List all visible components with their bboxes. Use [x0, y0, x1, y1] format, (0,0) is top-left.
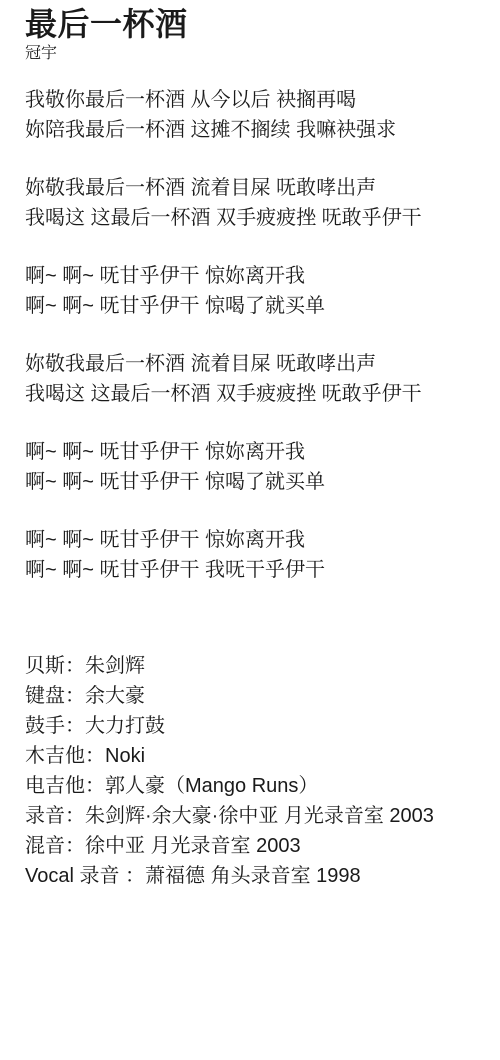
credits-section: 贝斯：朱剑辉 键盘：余大豪 鼓手：大力打鼓 木吉他：Noki 电吉他：郭人豪（M… — [25, 651, 480, 891]
lyric-line: 妳敬我最后一杯酒 流着目屎 呒敢哮出声 — [25, 173, 480, 203]
credit-line-acoustic-guitar: 木吉他：Noki — [25, 741, 480, 771]
lyric-line: 妳陪我最后一杯酒 这摊不搁续 我嘛袂强求 — [25, 115, 480, 145]
lyric-line: 啊~ 啊~ 呒甘乎伊干 我呒干乎伊干 — [25, 555, 480, 585]
stanza: 啊~ 啊~ 呒甘乎伊干 惊妳离开我 啊~ 啊~ 呒甘乎伊干 惊喝了就买单 — [25, 437, 480, 497]
lyric-line: 啊~ 啊~ 呒甘乎伊干 惊喝了就买单 — [25, 467, 480, 497]
lyric-line: 我喝这 这最后一杯酒 双手疲疲挫 呒敢乎伊干 — [25, 203, 480, 233]
artist-name: 冠宇 — [25, 44, 480, 64]
credit-line-vocal-recording: Vocal 录音 ：萧福德 角头录音室 1998 — [25, 861, 480, 891]
credit-line-bass: 贝斯：朱剑辉 — [25, 651, 480, 681]
lyric-line: 妳敬我最后一杯酒 流着目屎 呒敢哮出声 — [25, 349, 480, 379]
lyric-line: 啊~ 啊~ 呒甘乎伊干 惊喝了就买单 — [25, 291, 480, 321]
lyrics-section: 我敬你最后一杯酒 从今以后 袂搁再喝 妳陪我最后一杯酒 这摊不搁续 我嘛袂强求 … — [25, 85, 480, 585]
page-title: 最后一杯酒 — [25, 4, 480, 44]
credit-line-keyboard: 键盘：余大豪 — [25, 681, 480, 711]
credit-line-mixing: 混音：徐中亚 月光录音室 2003 — [25, 831, 480, 861]
stanza: 啊~ 啊~ 呒甘乎伊干 惊妳离开我 啊~ 啊~ 呒甘乎伊干 惊喝了就买单 — [25, 261, 480, 321]
lyric-line: 我敬你最后一杯酒 从今以后 袂搁再喝 — [25, 85, 480, 115]
stanza: 啊~ 啊~ 呒甘乎伊干 惊妳离开我 啊~ 啊~ 呒甘乎伊干 我呒干乎伊干 — [25, 525, 480, 585]
lyrics-page: 最后一杯酒 冠宇 我敬你最后一杯酒 从今以后 袂搁再喝 妳陪我最后一杯酒 这摊不… — [0, 0, 500, 891]
credit-line-recording: 录音：朱剑辉·余大豪·徐中亚 月光录音室 2003 — [25, 801, 480, 831]
credit-line-drums: 鼓手：大力打鼓 — [25, 711, 480, 741]
lyric-line: 啊~ 啊~ 呒甘乎伊干 惊妳离开我 — [25, 437, 480, 467]
stanza: 妳敬我最后一杯酒 流着目屎 呒敢哮出声 我喝这 这最后一杯酒 双手疲疲挫 呒敢乎… — [25, 349, 480, 409]
stanza: 妳敬我最后一杯酒 流着目屎 呒敢哮出声 我喝这 这最后一杯酒 双手疲疲挫 呒敢乎… — [25, 173, 480, 233]
lyric-line: 啊~ 啊~ 呒甘乎伊干 惊妳离开我 — [25, 261, 480, 291]
credit-line-electric-guitar: 电吉他：郭人豪（Mango Runs） — [25, 771, 480, 801]
stanza: 我敬你最后一杯酒 从今以后 袂搁再喝 妳陪我最后一杯酒 这摊不搁续 我嘛袂强求 — [25, 85, 480, 145]
lyric-line: 我喝这 这最后一杯酒 双手疲疲挫 呒敢乎伊干 — [25, 379, 480, 409]
lyric-line: 啊~ 啊~ 呒甘乎伊干 惊妳离开我 — [25, 525, 480, 555]
